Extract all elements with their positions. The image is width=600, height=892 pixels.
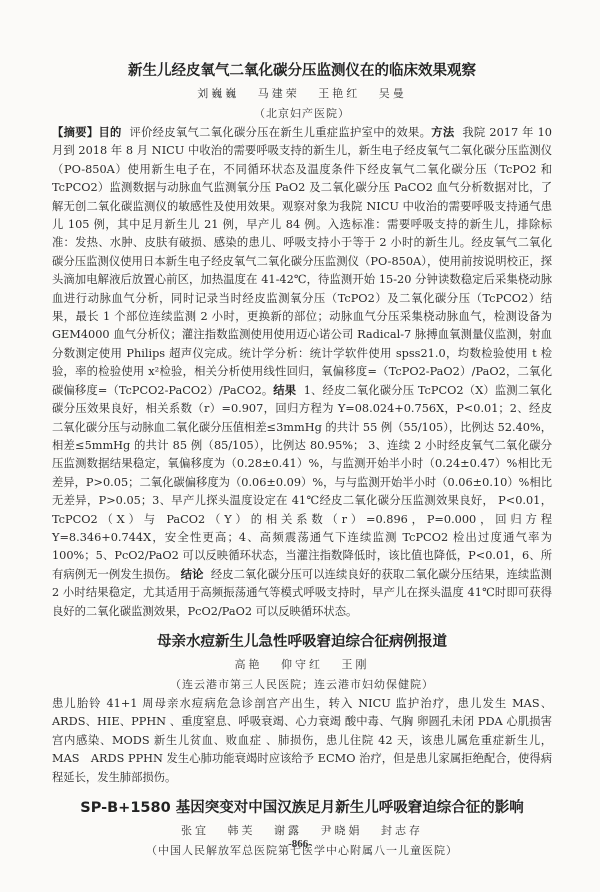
article-3: SP-B+1580 基因突变对中国汉族足月新生儿呼吸窘迫综合征的影响 张宜 韩芙… bbox=[52, 797, 552, 861]
author: 封志存 bbox=[381, 824, 423, 837]
author: 韩芙 bbox=[228, 824, 256, 837]
author: 尹晓娟 bbox=[321, 824, 363, 837]
author: 高艳 bbox=[235, 658, 263, 671]
objective-text: 评价经皮氧气二氧化碳分压在新生儿重症监护室中的效果。 bbox=[129, 126, 431, 139]
author: 吴曼 bbox=[379, 87, 407, 100]
article-2-affiliation: （连云港市第三人民医院；连云港市妇幼保健院） bbox=[52, 675, 552, 695]
article-1-affiliation: （北京妇产医院） bbox=[52, 104, 552, 124]
abstract-label: 【摘要】 bbox=[52, 126, 98, 139]
article-1-abstract: 【摘要】目的 评价经皮氧气二氧化碳分压在新生儿重症监护室中的效果。方法 我院 2… bbox=[52, 124, 552, 621]
article-3-title: SP-B+1580 基因突变对中国汉族足月新生儿呼吸窘迫综合征的影响 bbox=[52, 797, 552, 819]
article-1-title: 新生儿经皮氧气二氧化碳分压监测仪在的临床效果观察 bbox=[52, 60, 552, 82]
document-page: 新生儿经皮氧气二氧化碳分压监测仪在的临床效果观察 刘巍巍 马建荣 王艳红 吴曼 … bbox=[52, 60, 552, 871]
author: 仰守红 bbox=[281, 658, 323, 671]
methods-text: 我院 2017 年 10 月到 2018 年 8 月 NICU 中收治的需要呼吸… bbox=[52, 126, 552, 397]
author: 马建荣 bbox=[258, 87, 300, 100]
author: 王艳红 bbox=[318, 87, 360, 100]
results-label: 结果 bbox=[273, 384, 296, 397]
author: 王刚 bbox=[342, 658, 370, 671]
article-2-authors: 高艳 仰守红 王刚 bbox=[52, 655, 552, 675]
conclusion-label: 结论 bbox=[181, 568, 204, 581]
methods-label: 方法 bbox=[431, 126, 454, 139]
author: 刘巍巍 bbox=[197, 87, 239, 100]
article-2-title: 母亲水痘新生儿急性呼吸窘迫综合征病例报道 bbox=[52, 631, 552, 653]
article-2-body: 患儿胎铃 41+1 周母亲水痘病危急诊剖宫产出生，转入 NICU 监护治疗，患儿… bbox=[52, 695, 552, 787]
results-text: 1、经皮二氧化碳分压 TcPCO2（X）监测二氧化碳分压效果良好，相关系数（r）… bbox=[52, 384, 552, 581]
page-number: -866- bbox=[0, 838, 600, 850]
author: 张宜 bbox=[181, 824, 209, 837]
article-1: 新生儿经皮氧气二氧化碳分压监测仪在的临床效果观察 刘巍巍 马建荣 王艳红 吴曼 … bbox=[52, 60, 552, 621]
article-2: 母亲水痘新生儿急性呼吸窘迫综合征病例报道 高艳 仰守红 王刚 （连云港市第三人民… bbox=[52, 631, 552, 787]
article-1-authors: 刘巍巍 马建荣 王艳红 吴曼 bbox=[52, 84, 552, 104]
author: 谢露 bbox=[274, 824, 302, 837]
objective-label: 目的 bbox=[98, 126, 121, 139]
